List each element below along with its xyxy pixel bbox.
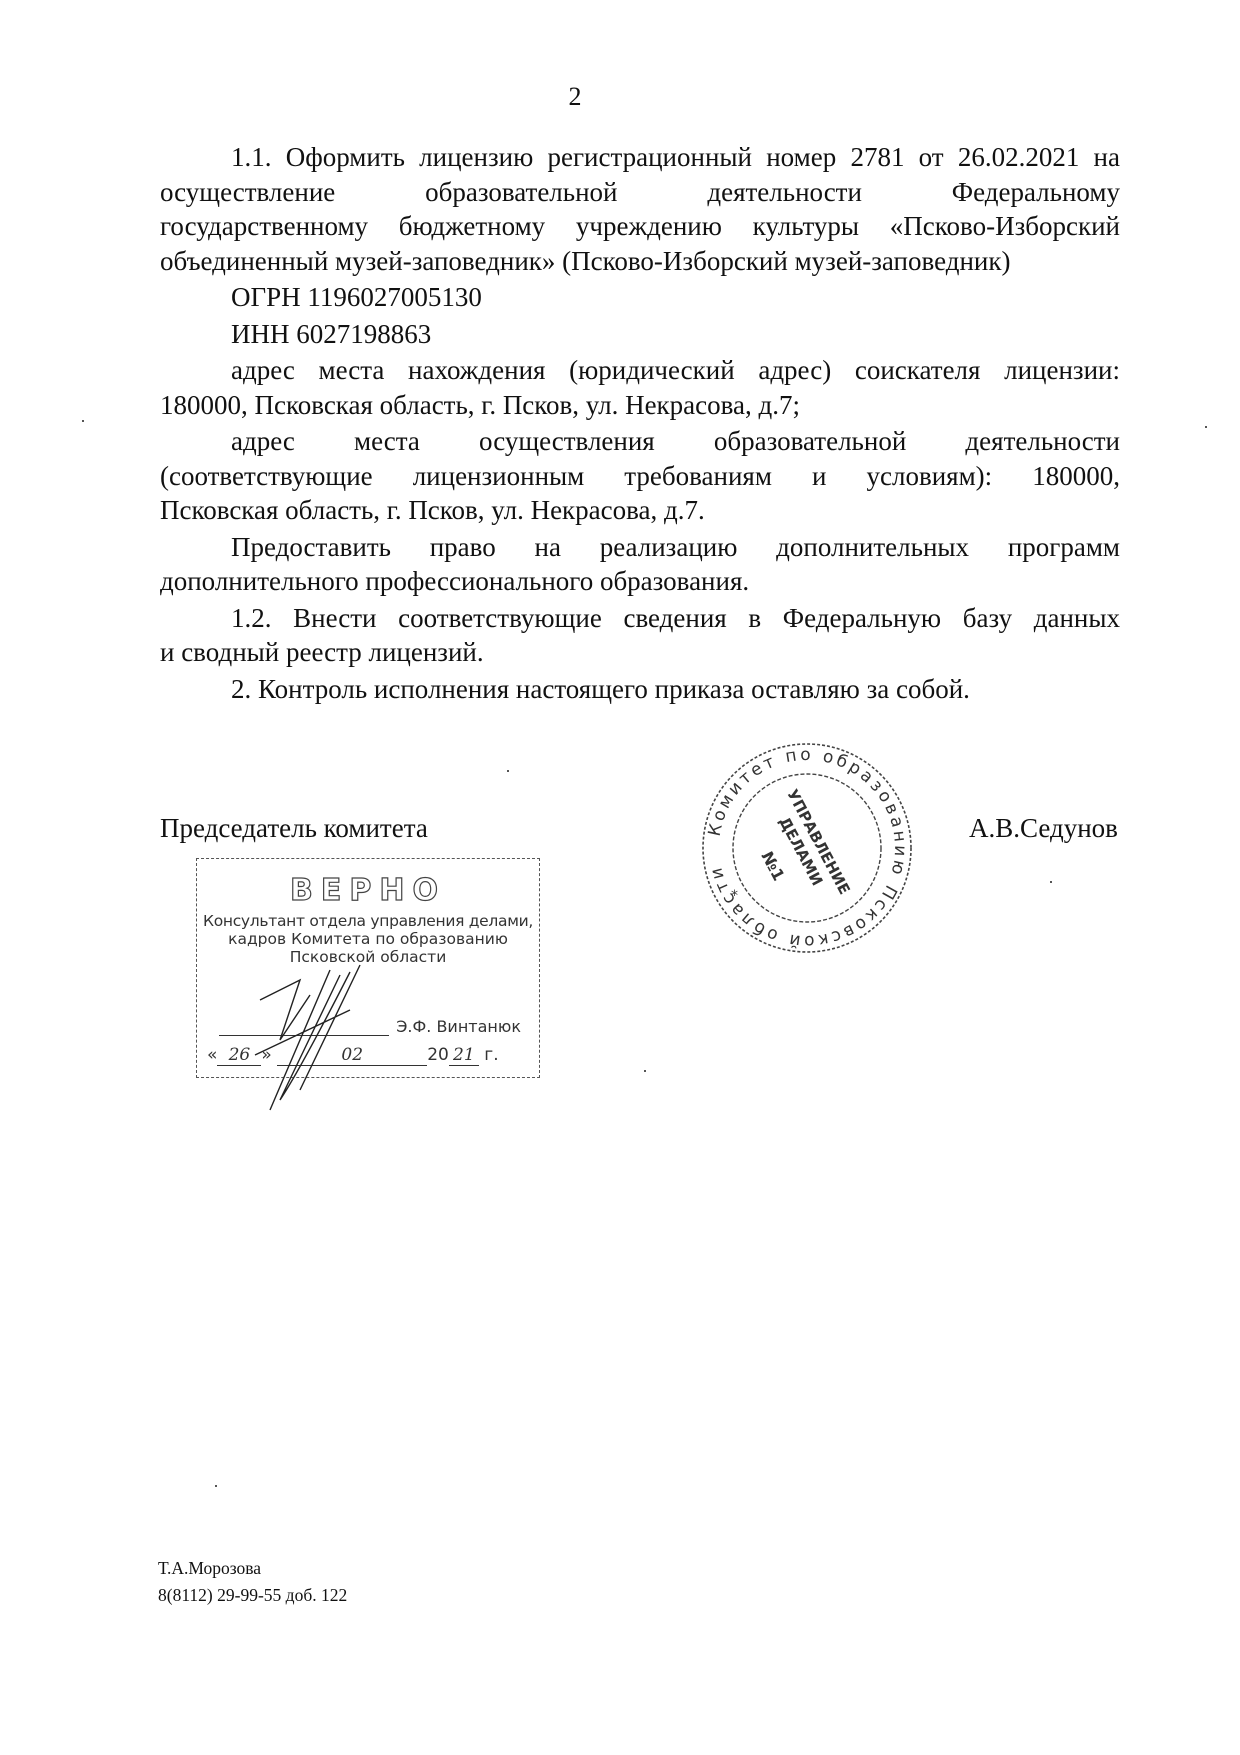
item-1-1-line-1: 1.1. Оформить лицензию регистрационный н… — [160, 140, 1120, 175]
activity-address: адрес места осуществления образовательно… — [160, 424, 1120, 528]
date-open-quote: « — [207, 1045, 217, 1065]
activity-address-line-1: адрес места осуществления образовательно… — [160, 424, 1120, 459]
activity-address-line-3: Псковская область, г. Псков, ул. Некрасо… — [160, 493, 1120, 528]
item-1-1-line-2: осуществление образовательной деятельнос… — [160, 175, 1120, 210]
stamp-line-1: Консультант отдела управления делами, — [197, 912, 539, 930]
date-year-prefix: 20 — [427, 1045, 449, 1065]
item-1-1: 1.1. Оформить лицензию регистрационный н… — [160, 140, 1120, 278]
handwritten-signature — [240, 960, 420, 1120]
seal-inner-number: №1 — [757, 848, 788, 884]
stamp-line-2: кадров Комитета по образованию — [197, 930, 539, 948]
signatory-name: А.В.Седунов — [969, 813, 1118, 844]
executor-phone: 8(8112) 29-99-55 доб. 122 — [158, 1582, 347, 1609]
scan-speck — [1205, 426, 1207, 428]
date-year-suffix: 21 — [449, 1045, 479, 1066]
item-2: 2. Контроль исполнения настоящего приказ… — [160, 672, 1120, 707]
round-seal: Комитет по образованию Псковской области… — [697, 738, 917, 958]
scan-speck — [215, 1485, 217, 1487]
grant-right-line-2: дополнительного профессионального образо… — [160, 564, 1120, 599]
date-year-unit: г. — [484, 1045, 498, 1065]
activity-address-line-2: (соответствующие лицензионным требования… — [160, 459, 1120, 494]
page-number: 2 — [0, 82, 1150, 112]
item-1-1-line-4: объединенный музей-заповедник» (Псково-И… — [160, 244, 1120, 279]
grant-right: Предоставить право на реализацию дополни… — [160, 530, 1120, 599]
executor-name: Т.А.Морозова — [158, 1555, 347, 1582]
scan-speck — [507, 770, 509, 772]
scan-speck — [644, 1070, 646, 1072]
item-1-2-line-1: 1.2. Внести соответствующие сведения в Ф… — [160, 601, 1120, 636]
document-page: 2 1.1. Оформить лицензию регистрационный… — [0, 0, 1240, 1755]
signatory-position: Председатель комитета — [160, 813, 428, 844]
ogrn: ОГРН 1196027005130 — [160, 280, 1120, 315]
grant-right-line-1: Предоставить право на реализацию дополни… — [160, 530, 1120, 565]
scan-speck — [1050, 881, 1052, 883]
document-body: 1.1. Оформить лицензию регистрационный н… — [160, 140, 1120, 706]
scan-speck — [82, 420, 84, 422]
footer: Т.А.Морозова 8(8112) 29-99-55 доб. 122 — [158, 1555, 347, 1609]
stamp-title: ВЕРНО — [197, 873, 539, 908]
legal-address-line-2: 180000, Псковская область, г. Псков, ул.… — [160, 388, 1120, 423]
legal-address: адрес места нахождения (юридический адре… — [160, 353, 1120, 422]
item-1-2-line-2: и сводный реестр лицензий. — [160, 635, 1120, 670]
item-1-1-line-3: государственному бюджетному учреждению к… — [160, 209, 1120, 244]
item-1-2: 1.2. Внести соответствующие сведения в Ф… — [160, 601, 1120, 670]
seal-star-icon: * — [731, 888, 738, 904]
seal-graphic: Комитет по образованию Псковской области… — [697, 738, 917, 958]
inn: ИНН 6027198863 — [160, 317, 1120, 352]
legal-address-line-1: адрес места нахождения (юридический адре… — [160, 353, 1120, 388]
